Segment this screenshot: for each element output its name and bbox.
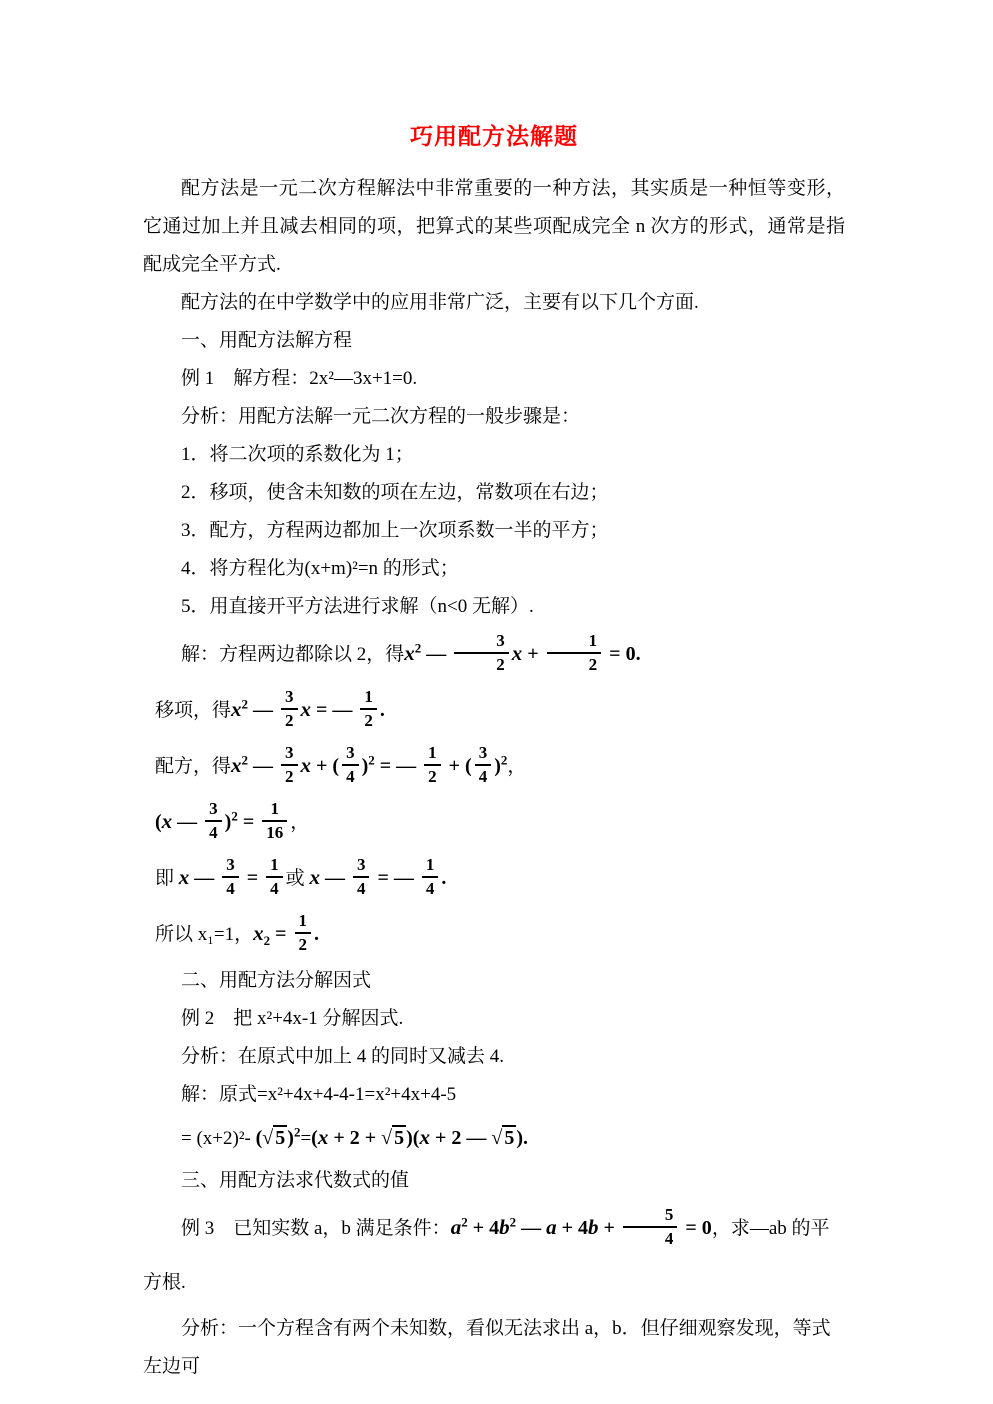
math-segment: + <box>599 1217 620 1239</box>
denominator: 4 <box>222 878 239 899</box>
radical-icon: √ <box>491 1127 502 1149</box>
math-segment: . <box>441 867 446 889</box>
numerator: 1 <box>547 631 602 654</box>
fraction: 32 <box>281 687 298 730</box>
step-3: 3．配方，方程两边都加上一次项系数一半的平方； <box>143 512 845 550</box>
fraction: 12 <box>547 631 602 674</box>
step-1: 1．将二次项的系数化为 1； <box>143 436 845 474</box>
math-segment: = <box>270 923 291 945</box>
math-segment: x <box>301 753 312 777</box>
math-segment: . <box>380 699 385 721</box>
math-segment: 例 3 已知实数 a，b 满足条件： <box>181 1218 451 1239</box>
denominator: 4 <box>353 878 370 899</box>
fraction: 34 <box>222 855 239 898</box>
step-2: 2．移项，使含未知数的项在左边，常数项在右边； <box>143 474 845 512</box>
math-segment: — <box>516 1217 546 1239</box>
intro-paragraph-1: 配方法是一元二次方程解法中非常重要的一种方法，其实质是一种恒等变形，它通过加上并… <box>143 170 845 284</box>
denominator: 4 <box>422 878 439 899</box>
fraction: 14 <box>266 855 283 898</box>
numerator: 3 <box>222 855 239 878</box>
math-segment: . <box>314 923 319 945</box>
denominator: 4 <box>266 878 283 899</box>
math-segment: ， <box>507 756 526 777</box>
math-segment: )( <box>406 1127 419 1149</box>
fraction: 12 <box>360 687 377 730</box>
math-segment: = 0. <box>604 643 640 665</box>
fraction: 12 <box>424 743 441 786</box>
math-segment: 移项，得 <box>155 700 231 721</box>
math-segment: — <box>189 867 219 889</box>
math-segment: ). <box>516 1127 528 1149</box>
math-segment: x <box>179 865 190 889</box>
math-segment: = — <box>372 867 418 889</box>
math-segment: 即 <box>155 868 179 889</box>
math-segment: x <box>253 921 264 945</box>
denominator: 4 <box>205 822 222 843</box>
math-segment: + ( <box>311 755 339 777</box>
square-root: √5 <box>491 1125 516 1149</box>
math-segment: x <box>231 753 242 777</box>
denominator: 2 <box>295 934 312 955</box>
numerator: 3 <box>281 743 298 766</box>
fraction: 12 <box>295 911 312 954</box>
example2-solution: 解：原式=x²+4x+4-4-1=x²+4x+4-5 <box>143 1076 845 1114</box>
numerator: 1 <box>295 911 312 934</box>
math-segment: + <box>522 643 543 665</box>
math-segment: + 2 + <box>328 1127 381 1149</box>
ex1-squared-form-formula: (x — 34)2 = 116， <box>143 794 845 850</box>
numerator: 3 <box>281 687 298 710</box>
math-segment: = — <box>375 755 421 777</box>
example2-factor-formula: = (x+2)²- (√5)2=(x + 2 + √5)(x + 2 — √5)… <box>143 1114 845 1162</box>
math-segment: + 2 — <box>430 1127 491 1149</box>
ex1-move-formula: 移项，得x2 — 32x = — 12. <box>143 682 845 738</box>
math-segment: 所以 <box>155 924 198 945</box>
document-page: 巧用配方法解题 配方法是一元二次方程解法中非常重要的一种方法，其实质是一种恒等变… <box>0 0 993 1404</box>
math-segment: — <box>421 643 451 665</box>
numerator: 5 <box>623 1205 678 1228</box>
numerator: 1 <box>360 687 377 710</box>
math-segment: x <box>419 1125 430 1149</box>
numerator: 3 <box>475 743 492 766</box>
section2-heading: 二、用配方法分解因式 <box>143 962 845 1000</box>
fraction: 34 <box>342 743 359 786</box>
math-segment: — <box>248 699 278 721</box>
square-root: √5 <box>262 1125 287 1149</box>
example1-analysis: 分析：用配方法解一元二次方程的一般步骤是： <box>143 398 845 436</box>
numerator: 1 <box>424 743 441 766</box>
denominator: 4 <box>475 766 492 787</box>
math-segment: 配方，得 <box>155 756 231 777</box>
numerator: 3 <box>454 631 509 654</box>
math-segment: x <box>231 697 242 721</box>
math-segment: x <box>301 697 312 721</box>
example3-analysis: 分析：一个方程含有两个未知数，看似无法求出 a，b．但仔细观察发现，等式左边可 <box>143 1310 845 1386</box>
radicand: 5 <box>273 1125 287 1149</box>
fraction: 34 <box>205 799 222 842</box>
math-segment: x <box>162 809 173 833</box>
denominator: 2 <box>424 766 441 787</box>
denominator: 4 <box>342 766 359 787</box>
math-segment: ， <box>290 812 309 833</box>
math-segment: = <box>242 867 263 889</box>
math-segment: b <box>588 1215 599 1239</box>
numerator: 1 <box>422 855 439 878</box>
radicand: 5 <box>392 1125 406 1149</box>
numerator: 3 <box>205 799 222 822</box>
page-title: 巧用配方法解题 <box>143 120 845 154</box>
fraction: 54 <box>623 1205 678 1248</box>
math-segment: ) <box>494 755 501 777</box>
denominator: 2 <box>281 710 298 731</box>
denominator: 2 <box>454 654 509 675</box>
fraction: 32 <box>281 743 298 786</box>
fraction: 116 <box>262 799 287 842</box>
denominator: 16 <box>262 822 287 843</box>
radical-icon: √ <box>262 1127 273 1149</box>
math-segment: x <box>512 641 523 665</box>
section1-heading: 一、用配方法解方程 <box>143 322 845 360</box>
math-segment: = 0 <box>680 1217 711 1239</box>
math-segment: = <box>238 811 259 833</box>
math-segment: — <box>172 811 202 833</box>
math-segment: ( <box>311 1127 318 1149</box>
denominator: 2 <box>547 654 602 675</box>
math-segment: + 4 <box>557 1217 588 1239</box>
denominator: 4 <box>623 1228 678 1249</box>
denominator: 2 <box>281 766 298 787</box>
step-5: 5．用直接开平方法进行求解（n<0 无解）. <box>143 588 845 626</box>
math-segment: x <box>404 641 415 665</box>
step-4: 4．将方程化为(x+m)²=n 的形式； <box>143 550 845 588</box>
example3-problem-formula: 例 3 已知实数 a，b 满足条件：a2 + 4b2 — a + 4b + 54… <box>143 1200 845 1310</box>
math-segment: + ( <box>444 755 472 777</box>
math-segment: x₁=1， <box>198 924 253 945</box>
square-root: √5 <box>381 1125 406 1149</box>
example1-problem: 例 1 解方程：2x²—3x+1=0. <box>143 360 845 398</box>
numerator: 1 <box>262 799 287 822</box>
math-segment: 或 <box>286 868 310 889</box>
example2-analysis: 分析：在原式中加上 4 的同时又减去 4. <box>143 1038 845 1076</box>
math-segment: = (x+2)²- <box>181 1128 256 1149</box>
math-segment: 解：方程两边都除以 2，得 <box>181 644 404 665</box>
example2-problem: 例 2 把 x²+4x-1 分解因式. <box>143 1000 845 1038</box>
ex1-solve-formula: 解：方程两边都除以 2，得x2 — 32x + 12 = 0. <box>143 626 845 682</box>
fraction: 34 <box>475 743 492 786</box>
math-segment: a <box>451 1215 462 1239</box>
numerator: 3 <box>353 855 370 878</box>
intro-paragraph-2: 配方法的在中学数学中的应用非常广泛，主要有以下几个方面. <box>143 284 845 322</box>
radicand: 5 <box>502 1125 516 1149</box>
math-segment: — <box>320 867 350 889</box>
fraction: 34 <box>353 855 370 898</box>
math-segment: a <box>546 1215 557 1239</box>
math-segment: b <box>499 1215 510 1239</box>
radical-icon: √ <box>381 1127 392 1149</box>
math-segment: — <box>248 755 278 777</box>
math-segment: ( <box>155 811 162 833</box>
fraction: 32 <box>454 631 509 674</box>
math-segment: = — <box>311 699 357 721</box>
ex1-complete-square-formula: 配方，得x2 — 32x + (34)2 = — 12 + (34)2， <box>143 738 845 794</box>
numerator: 3 <box>342 743 359 766</box>
math-segment: + 4 <box>468 1217 499 1239</box>
denominator: 2 <box>360 710 377 731</box>
ex1-answer-formula: 所以 x₁=1，x2 = 12. <box>143 906 845 962</box>
ex1-roots-formula: 即 x — 34 = 14或 x — 34 = — 14. <box>143 850 845 906</box>
section3-heading: 三、用配方法求代数式的值 <box>143 1162 845 1200</box>
math-segment: x <box>318 1125 329 1149</box>
numerator: 1 <box>266 855 283 878</box>
math-segment: ) <box>287 1127 294 1149</box>
fraction: 14 <box>422 855 439 898</box>
math-segment: x <box>309 865 320 889</box>
math-segment: = <box>300 1128 311 1149</box>
